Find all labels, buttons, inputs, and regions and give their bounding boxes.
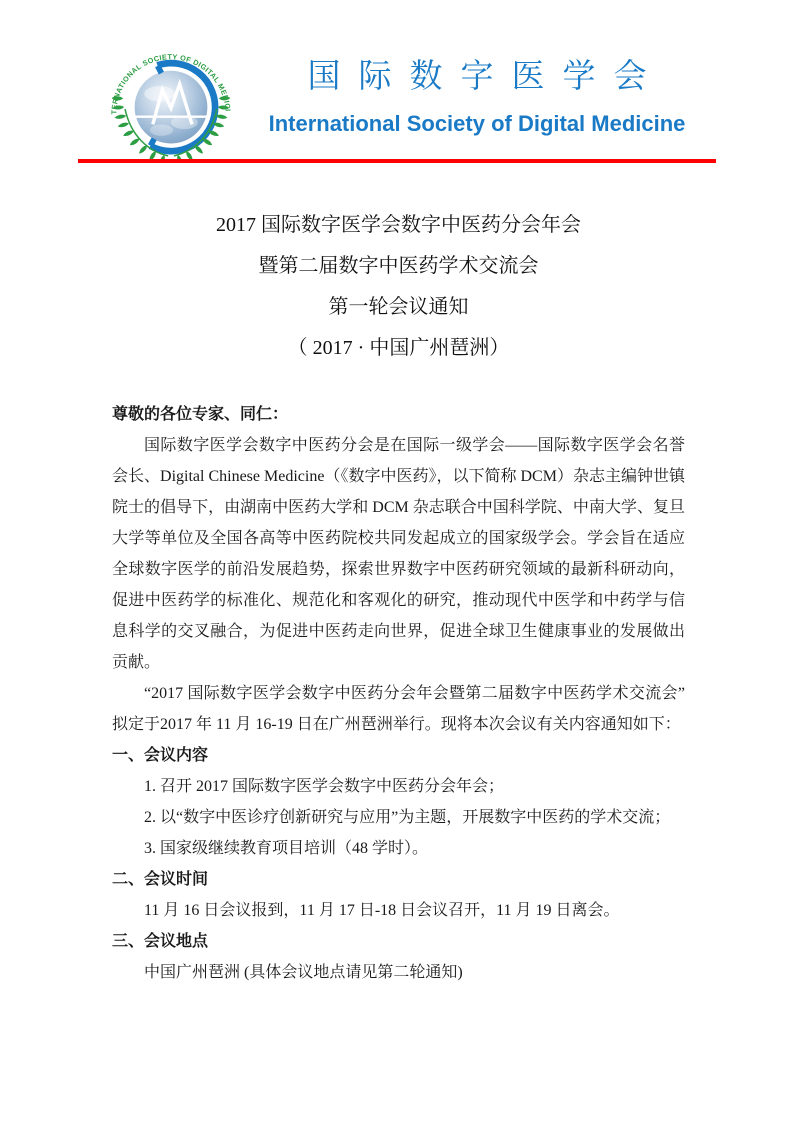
header-divider bbox=[78, 159, 716, 163]
notice-body: 2017 国际数字医学会数字中医药分会年会 暨第二届数字中医药学术交流会 第一轮… bbox=[0, 205, 793, 988]
section-heading-content: 一、会议内容 bbox=[112, 740, 685, 771]
title-line-2: 暨第二届数字中医药学术交流会 bbox=[112, 246, 685, 287]
section-heading-time: 二、会议时间 bbox=[112, 864, 685, 895]
location-item: 中国广州琶洲 (具体会议地点请见第二轮通知) bbox=[112, 957, 685, 988]
content-item-2: 2. 以“数字中医诊疗创新研究与应用”为主题，开展数字中医药的学术交流； bbox=[112, 802, 685, 833]
notice-title-block: 2017 国际数字医学会数字中医药分会年会 暨第二届数字中医药学术交流会 第一轮… bbox=[112, 205, 685, 369]
title-line-1: 2017 国际数字医学会数字中医药分会年会 bbox=[112, 205, 685, 246]
title-line-3: 第一轮会议通知 bbox=[112, 287, 685, 328]
content-item-1: 1. 召开 2017 国际数字医学会数字中医药分会年会； bbox=[112, 771, 685, 802]
title-line-4: （ 2017 · 中国广州琶洲） bbox=[112, 328, 685, 369]
letterhead: INTERNATIONAL SOCIETY OF DIGITAL MEDICIN… bbox=[0, 0, 793, 159]
content-item-3: 3. 国家级继续教育项目培训（48 学时）。 bbox=[112, 833, 685, 864]
time-item: 11 月 16 日会议报到，11 月 17 日-18 日会议召开，11 月 19… bbox=[112, 895, 685, 926]
section-heading-location: 三、会议地点 bbox=[112, 926, 685, 957]
org-name-english: International Society of Digital Medicin… bbox=[238, 109, 716, 139]
globe-icon bbox=[135, 71, 208, 144]
document-page: INTERNATIONAL SOCIETY OF DIGITAL MEDICIN… bbox=[0, 0, 793, 1122]
isdm-logo-icon: INTERNATIONAL SOCIETY OF DIGITAL MEDICIN… bbox=[104, 38, 238, 159]
announcement-paragraph: “2017 国际数字医学会数字中医药分会年会暨第二届数字中医药学术交流会”拟定于… bbox=[112, 678, 685, 740]
intro-paragraph: 国际数字医学会数字中医药分会是在国际一级学会——国际数字医学会名誉会长、Digi… bbox=[112, 430, 685, 678]
org-name-chinese: 国际数字医学会 bbox=[238, 56, 716, 96]
salutation: 尊敬的各位专家、同仁： bbox=[112, 399, 685, 430]
org-names: 国际数字医学会 International Society of Digital… bbox=[238, 38, 716, 139]
